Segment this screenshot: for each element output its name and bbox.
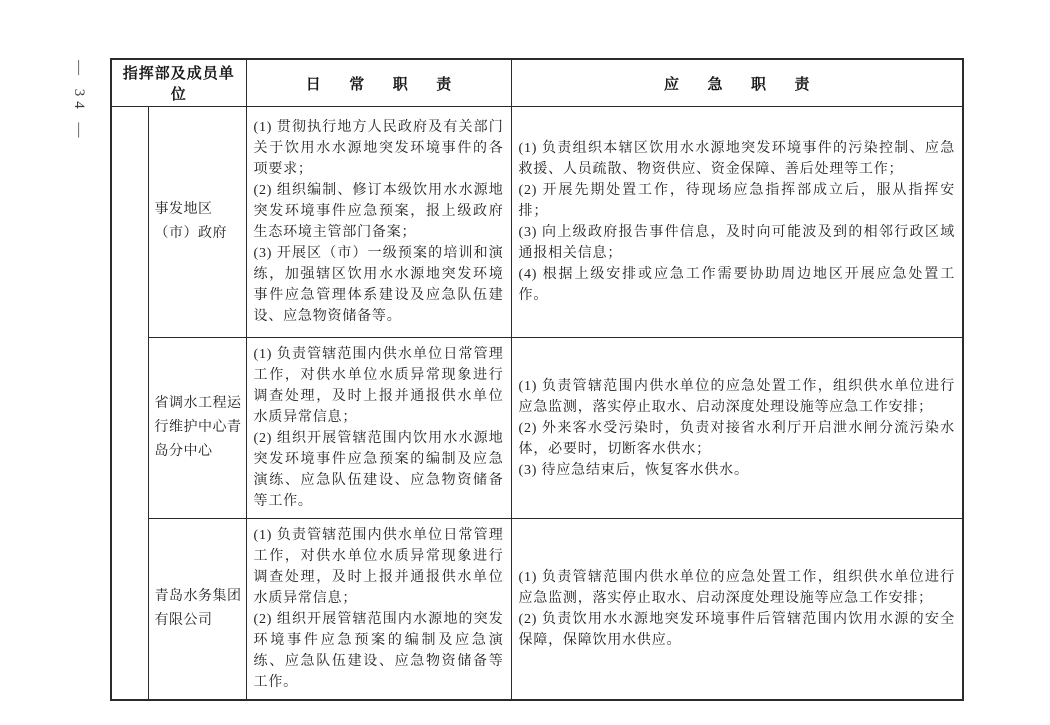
duty-item: (2) 外来客水受污染时，负责对接省水利厅开启泄水闸分流污染水体，必要时，切断客… — [519, 418, 956, 460]
duty-item: (2) 组织开展管辖范围内饮用水水源地突发环境事件应急预案的编制及应急演练、应急… — [254, 428, 504, 512]
header-daily-label: 日常职责 — [306, 77, 480, 93]
page-number: — 34 — — [70, 60, 87, 143]
unit-name: 青岛水务集团有限公司 — [155, 589, 242, 628]
daily-duties-cell: (1) 贯彻执行地方人民政府及有关部门关于饮用水水源地突发环境事件的各项要求； … — [246, 107, 511, 338]
daily-duties-cell: (1) 负责管辖范围内供水单位日常管理工作，对供水单位水质异常现象进行调查处理，… — [246, 338, 511, 519]
duty-item: (1) 负责管辖范围内供水单位日常管理工作，对供水单位水质异常现象进行调查处理，… — [254, 344, 504, 428]
duty-item: (4) 根据上级安排或应急工作需要协助周边地区开展应急处置工作。 — [519, 264, 956, 306]
header-unit-column: 指挥部及成员单位 — [111, 59, 246, 107]
unit-name: 省调水工程运行维护中心青岛分中心 — [155, 396, 242, 459]
header-emergency-duties: 应急职责 — [511, 59, 963, 107]
unit-name-cell: 青岛水务集团有限公司 — [148, 519, 246, 701]
duty-item: (3) 向上级政府报告事件信息，及时向可能波及到的相邻行政区域通报相关信息； — [519, 222, 956, 264]
duties-table: 指挥部及成员单位 日常职责 应急职责 事发地区（市）政府 (1) 贯彻执行地方人… — [110, 58, 964, 701]
header-daily-duties: 日常职责 — [246, 59, 511, 107]
emergency-duties-cell: (1) 负责管辖范围内供水单位的应急处置工作，组织供水单位进行应急监测，落实停止… — [511, 519, 963, 701]
duty-item: (1) 负责管辖范围内供水单位的应急处置工作，组织供水单位进行应急监测，落实停止… — [519, 376, 956, 418]
document-page: — 34 — 指挥部及成员单位 日常职责 应急职责 事发地区（市）政府 (1) … — [0, 0, 1050, 725]
table-row-local-government: 事发地区（市）政府 (1) 贯彻执行地方人民政府及有关部门关于饮用水水源地突发环… — [111, 107, 963, 338]
header-unit-label: 指挥部及成员单位 — [123, 66, 235, 103]
table-header-row: 指挥部及成员单位 日常职责 应急职责 — [111, 59, 963, 107]
duty-item: (1) 负责管辖范围内供水单位日常管理工作，对供水单位水质异常现象进行调查处理，… — [254, 525, 504, 609]
duty-item: (3) 开展区（市）一级预案的培训和演练，加强辖区饮用水水源地突发环境事件应急管… — [254, 243, 504, 327]
daily-duties-cell: (1) 负责管辖范围内供水单位日常管理工作，对供水单位水质异常现象进行调查处理，… — [246, 519, 511, 701]
unit-name-cell: 事发地区（市）政府 — [148, 107, 246, 338]
duty-item: (1) 贯彻执行地方人民政府及有关部门关于饮用水水源地突发环境事件的各项要求； — [254, 117, 504, 180]
table-row-water-diversion-center: 省调水工程运行维护中心青岛分中心 (1) 负责管辖范围内供水单位日常管理工作，对… — [111, 338, 963, 519]
duty-item: (2) 组织开展管辖范围内水源地的突发环境事件应急预案的编制及应急演练、应急队伍… — [254, 609, 504, 693]
duty-item: (2) 负责饮用水水源地突发环境事件后管辖范围内饮用水源的安全保障，保障饮用水供… — [519, 609, 956, 651]
header-emergency-label: 应急职责 — [664, 77, 838, 93]
duty-item: (2) 组织编制、修订本级饮用水水源地突发环境事件应急预案，报上级政府生态环境主… — [254, 180, 504, 243]
duty-item: (1) 负责管辖范围内供水单位的应急处置工作，组织供水单位进行应急监测，落实停止… — [519, 567, 956, 609]
duty-item: (2) 开展先期处置工作，待现场应急指挥部成立后，服从指挥安排； — [519, 180, 956, 222]
emergency-duties-cell: (1) 负责组织本辖区饮用水水源地突发环境事件的污染控制、应急救援、人员疏散、物… — [511, 107, 963, 338]
unit-name-cell: 省调水工程运行维护中心青岛分中心 — [148, 338, 246, 519]
emergency-duties-cell: (1) 负责管辖范围内供水单位的应急处置工作，组织供水单位进行应急监测，落实停止… — [511, 338, 963, 519]
duty-item: (3) 待应急结束后，恢复客水供水。 — [519, 460, 956, 481]
unit-name: 事发地区（市）政府 — [155, 202, 228, 241]
duty-item: (1) 负责组织本辖区饮用水水源地突发环境事件的污染控制、应急救援、人员疏散、物… — [519, 138, 956, 180]
category-spanner-cell — [111, 107, 148, 701]
table-row-qingdao-water-group: 青岛水务集团有限公司 (1) 负责管辖范围内供水单位日常管理工作，对供水单位水质… — [111, 519, 963, 701]
